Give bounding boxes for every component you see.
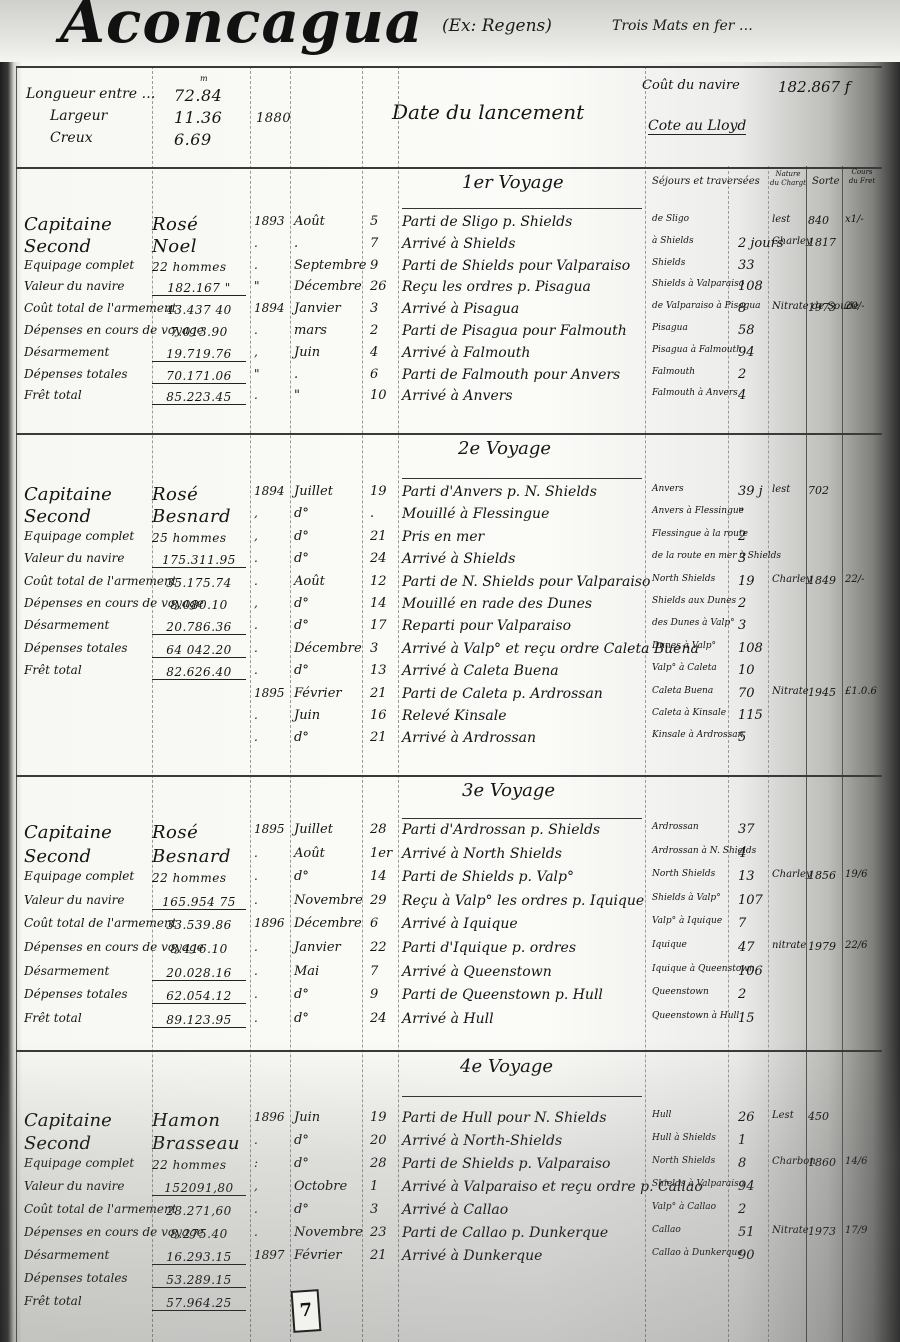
log-route: Valp° à Caleta	[652, 663, 717, 673]
log-day: 24	[370, 1011, 387, 1026]
log-month: Mai	[294, 964, 319, 979]
log-days: 90	[738, 1248, 755, 1263]
log-route: North Shields	[652, 869, 715, 879]
log-agent: Lest	[772, 1110, 794, 1121]
log-event: Reçu les ordres p. Pisagua	[402, 279, 591, 295]
log-day: 4	[370, 345, 378, 360]
log-event: Arrivé à Anvers	[402, 388, 513, 404]
log-route: North Shields	[652, 574, 715, 584]
log-route: Valp° à Iquique	[652, 916, 722, 926]
log-route: Callao	[652, 1225, 681, 1235]
log-month: Février	[294, 1248, 342, 1263]
log-month: Septembre	[294, 258, 366, 273]
log-day: 29	[370, 893, 387, 908]
summary-value: 57.964.25	[152, 1296, 246, 1311]
log-year: .	[254, 236, 258, 250]
log-month: d°	[294, 1011, 309, 1026]
log-event: Parti d'Ardrossan p. Shields	[402, 822, 600, 838]
log-entry-row: .d°20Arrivé à North-ShieldsHull à Shield…	[0, 1133, 900, 1155]
log-entry-row: .Décembre3Arrivé à Valp° et reçu ordre C…	[0, 641, 900, 663]
log-year: 1897	[254, 1248, 285, 1262]
launch-year: 1880	[256, 111, 291, 126]
log-month: Novembre	[294, 1225, 363, 1240]
log-year: .	[254, 987, 258, 1001]
log-entry-row: .mars2Parti de Pisagua pour FalmouthPisa…	[0, 323, 900, 345]
log-entry-row: ..7Arrivé à Shieldsà Shields2 joursCharl…	[0, 236, 900, 258]
log-day: 1	[370, 1179, 378, 1194]
log-day: 6	[370, 916, 378, 931]
log-month: d°	[294, 1133, 309, 1148]
log-event: Arrivé à Callao	[402, 1202, 508, 1218]
log-year: ,	[254, 596, 258, 610]
log-month: d°	[294, 1156, 309, 1171]
log-route: Shields aux Dunes	[652, 596, 736, 606]
voyage-title: 4e Voyage	[460, 1056, 553, 1077]
log-cargo: 1849	[808, 574, 836, 587]
log-event: Parti de Callao p. Dunkerque	[402, 1225, 608, 1241]
former-name: (Ex: Regens)	[442, 16, 552, 36]
log-freight: 20/-	[845, 301, 864, 312]
log-days: 3	[738, 551, 746, 566]
log-year: .	[254, 708, 258, 722]
voyage-title: 2e Voyage	[458, 438, 551, 459]
log-cargo: 1973	[808, 301, 836, 314]
log-month: Août	[294, 214, 325, 229]
log-event: Arrivé à Pisagua	[402, 301, 519, 317]
log-entry-row: .Août1erArrivé à North ShieldsArdrossan …	[0, 846, 900, 868]
log-freight: 17/9	[845, 1225, 867, 1236]
log-freight: 14/6	[845, 1156, 867, 1167]
log-entry-row: ."10Arrivé à AnversFalmouth à Anvers4	[0, 388, 900, 410]
log-event: Parti de Hull pour N. Shields	[402, 1110, 607, 1126]
rig-type: Trois Mats en fer …	[612, 18, 753, 34]
cost-value: 182.867 f	[778, 78, 850, 96]
log-days: 7	[738, 916, 746, 931]
log-month: Janvier	[294, 940, 341, 955]
voyage-title-rule	[402, 478, 642, 479]
log-year: .	[254, 1011, 258, 1025]
log-year: .	[254, 574, 258, 588]
log-days: 26	[738, 1110, 755, 1125]
log-days: 47	[738, 940, 755, 955]
spec-value: 6.69	[174, 130, 212, 149]
log-month: Décembre	[294, 279, 362, 294]
log-days: 58	[738, 323, 755, 338]
log-year: .	[254, 964, 258, 978]
launch-label: Date du lancement	[392, 100, 584, 124]
log-route: Ardrossan	[652, 822, 699, 832]
voyage-title: 3e Voyage	[462, 780, 555, 801]
log-route: Callao à Dunkerque	[652, 1248, 743, 1258]
log-route: de la route en mer à Shields	[652, 551, 781, 561]
log-days: 8	[738, 301, 746, 316]
log-month: Juillet	[294, 822, 333, 837]
log-event: Parti de Queenstown p. Hull	[402, 987, 603, 1003]
log-day: 3	[370, 1202, 378, 1217]
ledger-page: Aconcagua (Ex: Regens) Trois Mats en fer…	[0, 0, 900, 1342]
log-day: 14	[370, 869, 387, 884]
log-route: North Shields	[652, 1156, 715, 1166]
log-month: Juin	[294, 708, 320, 723]
log-days: 19	[738, 574, 755, 589]
log-route: Hull à Shields	[652, 1133, 716, 1143]
log-entry-row: .Août12Parti de N. Shields pour Valparai…	[0, 574, 900, 596]
log-month: .	[294, 236, 298, 251]
log-cargo: 1973	[808, 1225, 836, 1238]
log-event: Arrivé à North Shields	[402, 846, 562, 862]
log-entry-row: ,d°21Pris en merFlessingue à la route2	[0, 529, 900, 551]
log-entry-row: .Janvier22Parti d'Iquique p. ordresIquiq…	[0, 940, 900, 962]
log-year: 1896	[254, 916, 285, 930]
log-event: Parti d'Iquique p. ordres	[402, 940, 576, 956]
log-day: 10	[370, 388, 387, 403]
log-entry-row: .d°21Arrivé à ArdrossanKinsale à Ardross…	[0, 730, 900, 752]
cost-label: Coût du navire	[642, 78, 740, 93]
log-route: Falmouth à Anvers	[652, 388, 738, 398]
log-event: Pris en mer	[402, 529, 484, 545]
log-route: Valp° à Callao	[652, 1202, 716, 1212]
log-year: .	[254, 893, 258, 907]
log-entry-row: 1896Décembre6Arrivé à IquiqueValp° à Iqu…	[0, 916, 900, 938]
log-route: Caleta à Kinsale	[652, 708, 726, 718]
header-route: Séjours et traversées	[652, 176, 760, 187]
log-event: Parti de Pisagua pour Falmouth	[402, 323, 627, 339]
voyage-title-rule	[402, 818, 642, 819]
log-days: 13	[738, 869, 755, 884]
log-event: Arrivé à Shields	[402, 551, 515, 567]
log-day: 17	[370, 618, 387, 633]
spec-label: Largeur	[50, 108, 107, 124]
header-agent: Nature du Chargt	[770, 170, 806, 188]
log-agent: Charley	[772, 574, 812, 585]
log-route: Pisagua à Falmouth	[652, 345, 742, 355]
log-days: 37	[738, 822, 755, 837]
log-agent: nitrate	[772, 940, 806, 951]
log-day: 3	[370, 301, 378, 316]
log-entry-row: .d°3Arrivé à CallaoValp° à Callao2	[0, 1202, 900, 1224]
log-event: Reçu à Valp° les ordres p. Iquique	[402, 893, 644, 909]
section-divider	[16, 433, 882, 435]
log-entry-row: .d°14Parti de Shields p. Valp°North Shie…	[0, 869, 900, 891]
log-days: 4	[738, 388, 746, 403]
log-event: Parti de Shields p. Valp°	[402, 869, 574, 885]
log-day: 1er	[370, 846, 392, 861]
log-month: Novembre	[294, 893, 363, 908]
log-days: 33	[738, 258, 755, 273]
log-event: Arrivé à Iquique	[402, 916, 518, 932]
log-entry-row: .Novembre29Reçu à Valp° les ordres p. Iq…	[0, 893, 900, 915]
log-day: 12	[370, 574, 387, 589]
log-entry-row: .Juin16Relevé KinsaleCaleta à Kinsale115	[0, 708, 900, 730]
log-entry-row: .Novembre23Parti de Callao p. DunkerqueC…	[0, 1225, 900, 1247]
log-route: Queenstown	[652, 987, 709, 997]
log-year: .	[254, 1202, 258, 1216]
voyage-title-rule	[402, 1096, 642, 1097]
log-route: Queenstown à Hull	[652, 1011, 739, 1021]
log-entry-row: 1894Juillet19Parti d'Anvers p. N. Shield…	[0, 484, 900, 506]
log-days: 15	[738, 1011, 755, 1026]
log-day: 7	[370, 236, 378, 251]
log-year: .	[254, 869, 258, 883]
log-year: 1894	[254, 484, 285, 498]
log-days: "	[738, 506, 744, 521]
log-days: 8	[738, 1156, 746, 1171]
log-days: 1	[738, 1133, 746, 1148]
log-month: Juillet	[294, 484, 333, 499]
log-year: .	[254, 1133, 258, 1147]
log-days: 2	[738, 1202, 746, 1217]
log-route: des Dunes à Valp°	[652, 618, 735, 628]
log-event: Arrivé à Ardrossan	[402, 730, 536, 746]
log-year: "	[254, 367, 260, 381]
log-route: Pisagua	[652, 323, 688, 333]
log-event: Reparti pour Valparaiso	[402, 618, 571, 634]
log-day: 24	[370, 551, 387, 566]
log-event: Parti de N. Shields pour Valparaiso	[402, 574, 650, 590]
log-agent: lest	[772, 214, 790, 225]
log-month: Octobre	[294, 1179, 347, 1194]
log-cargo: 1856	[808, 869, 836, 882]
log-year: .	[254, 323, 258, 337]
log-entry-row: .d°24Arrivé à Shieldsde la route en mer …	[0, 551, 900, 573]
log-year: .	[254, 1225, 258, 1239]
log-month: Août	[294, 846, 325, 861]
log-agent: Charley	[772, 236, 812, 247]
log-days: 94	[738, 345, 755, 360]
log-day: 21	[370, 730, 387, 745]
log-agent: lest	[772, 484, 790, 495]
log-day: 19	[370, 1110, 387, 1125]
log-year: 1895	[254, 822, 285, 836]
log-year: ,	[254, 529, 258, 543]
log-year: .	[254, 551, 258, 565]
log-day: 26	[370, 279, 387, 294]
log-month: Juin	[294, 345, 320, 360]
log-event: Parti de Sligo p. Shields	[402, 214, 572, 230]
log-entry-row: .Septembre9Parti de Shields pour Valpara…	[0, 258, 900, 280]
log-event: Arrivé à Dunkerque	[402, 1248, 542, 1264]
log-route: de Sligo	[652, 214, 689, 224]
log-entry-row: 1897Février21Arrivé à DunkerqueCallao à …	[0, 1248, 900, 1270]
voyage-title-rule	[402, 208, 642, 209]
summary-value: 53.289.15	[152, 1273, 246, 1288]
log-cargo: 1817	[808, 236, 836, 249]
log-month: Août	[294, 574, 325, 589]
log-route: Dunes à Valp°	[652, 641, 716, 651]
log-entry-row: ,d°.Mouillé à FlessingueAnvers à Flessin…	[0, 506, 900, 528]
log-day: 9	[370, 987, 378, 1002]
log-days: 2	[738, 529, 746, 544]
ship-name: Aconcagua	[60, 0, 423, 56]
log-year: 1893	[254, 214, 285, 228]
log-entry-row: .d°24Arrivé à HullQueenstown à Hull15	[0, 1011, 900, 1033]
log-route: Shields à Valparaiso	[652, 1179, 744, 1189]
log-route: Caleta Buena	[652, 686, 713, 696]
log-entry-row: ,d°14Mouillé en rade des DunesShields au…	[0, 596, 900, 618]
log-year: ,	[254, 345, 258, 359]
log-day: 19	[370, 484, 387, 499]
log-route: Shields à Valparaiso	[652, 279, 744, 289]
log-day: 20	[370, 1133, 387, 1148]
log-days: 2	[738, 596, 746, 611]
log-route: Shields	[652, 258, 685, 268]
log-entry-row: 1895Juillet28Parti d'Ardrossan p. Shield…	[0, 822, 900, 844]
lloyd-label: Cote au Lloyd	[648, 118, 746, 135]
log-entry-row: .d°17Reparti pour Valparaisodes Dunes à …	[0, 618, 900, 640]
log-entry-row: 1895Février21Parti de Caleta p. Ardrossa…	[0, 686, 900, 708]
log-year: .	[254, 618, 258, 632]
log-event: Arrivé à Shields	[402, 236, 515, 252]
log-month: d°	[294, 730, 309, 745]
section-divider	[16, 1050, 882, 1052]
log-month: d°	[294, 551, 309, 566]
log-entry-row: 1896Juin19Parti de Hull pour N. ShieldsH…	[0, 1110, 900, 1132]
log-year: 1895	[254, 686, 285, 700]
log-event: Arrivé à Hull	[402, 1011, 494, 1027]
log-month: d°	[294, 506, 309, 521]
log-day: 28	[370, 1156, 387, 1171]
log-day: 21	[370, 1248, 387, 1263]
log-route: Anvers	[652, 484, 684, 494]
header-cargo: Sorte	[812, 176, 840, 187]
log-year: 1896	[254, 1110, 285, 1124]
log-month: d°	[294, 663, 309, 678]
log-entry-row: ,Octobre1Arrivé à Valparaiso et reçu ord…	[0, 1179, 900, 1201]
log-days: 10	[738, 663, 755, 678]
log-month: d°	[294, 529, 309, 544]
log-freight: 22/-	[845, 574, 864, 585]
log-day: 23	[370, 1225, 387, 1240]
log-day: 9	[370, 258, 378, 273]
log-agent: Charley	[772, 869, 812, 880]
log-route: Anvers à Flessingue	[652, 506, 744, 516]
log-event: Arrivé à North-Shields	[402, 1133, 562, 1149]
log-month: d°	[294, 987, 309, 1002]
log-days: 4	[738, 846, 746, 861]
log-event: Arrivé à Falmouth	[402, 345, 530, 361]
log-year: .	[254, 730, 258, 744]
log-year: .	[254, 258, 258, 272]
log-day: 3	[370, 641, 378, 656]
log-cargo: 450	[808, 1110, 829, 1123]
log-month: "	[294, 388, 300, 403]
log-event: Parti d'Anvers p. N. Shields	[402, 484, 597, 500]
log-day: 21	[370, 529, 387, 544]
log-month: d°	[294, 869, 309, 884]
log-cargo: 702	[808, 484, 829, 497]
log-day: 16	[370, 708, 387, 723]
log-entry-row: "Décembre26Reçu les ordres p. PisaguaShi…	[0, 279, 900, 301]
log-event: Parti de Caleta p. Ardrossan	[402, 686, 603, 702]
section-divider	[16, 167, 882, 169]
summary-label: Dépenses totales	[24, 1271, 128, 1285]
log-year: "	[254, 279, 260, 293]
log-entry-row: ,Juin4Arrivé à FalmouthPisagua à Falmout…	[0, 345, 900, 367]
log-entry-row: .d°13Arrivé à Caleta BuenaValp° à Caleta…	[0, 663, 900, 685]
log-year: :	[254, 1156, 258, 1170]
spec-unit: m	[200, 74, 208, 83]
log-year: .	[254, 663, 258, 677]
log-day: 14	[370, 596, 387, 611]
log-event: Parti de Shields p. Valparaiso	[402, 1156, 610, 1172]
log-entry-row: 1893Août5Parti de Sligo p. Shieldsde Sli…	[0, 214, 900, 236]
log-year: .	[254, 940, 258, 954]
log-days: 39 j	[738, 484, 763, 499]
log-event: Parti de Shields pour Valparaiso	[402, 258, 630, 274]
summary-label: Frêt total	[24, 1294, 82, 1308]
log-days: 115	[738, 708, 763, 723]
log-days: 2	[738, 987, 746, 1002]
log-day: 21	[370, 686, 387, 701]
log-day: 5	[370, 214, 378, 229]
log-day: 6	[370, 367, 378, 382]
log-event: Relevé Kinsale	[402, 708, 506, 724]
log-entry-row: 1894Janvier3Arrivé à Pisaguade Valparais…	[0, 301, 900, 323]
log-event: Arrivé à Queenstown	[402, 964, 552, 980]
voyage-title: 1er Voyage	[462, 172, 564, 193]
log-route: à Shields	[652, 236, 694, 246]
log-day: .	[370, 506, 374, 521]
log-days: 3	[738, 618, 746, 633]
section-divider	[16, 66, 882, 68]
log-day: 22	[370, 940, 387, 955]
log-route: Shields à Valp°	[652, 893, 721, 903]
log-route: Iquique	[652, 940, 687, 950]
log-days: 2	[738, 367, 746, 382]
log-year: ,	[254, 1179, 258, 1193]
log-month: Décembre	[294, 916, 362, 931]
log-days: 108	[738, 279, 763, 294]
log-agent: Nitrate	[772, 686, 809, 697]
log-entry-row: .Mai7Arrivé à QueenstownIquique à Queens…	[0, 964, 900, 986]
log-month: mars	[294, 323, 327, 338]
log-days: 107	[738, 893, 763, 908]
section-divider	[16, 775, 882, 777]
log-month: d°	[294, 1202, 309, 1217]
log-freight: 22/6	[845, 940, 867, 951]
log-month: Février	[294, 686, 342, 701]
log-route: Hull	[652, 1110, 671, 1120]
log-day: 7	[370, 964, 378, 979]
log-days: 108	[738, 641, 763, 656]
log-day: 28	[370, 822, 387, 837]
log-day: 13	[370, 663, 387, 678]
page-number-tag: 7	[291, 1289, 322, 1333]
log-event: Mouillé en rade des Dunes	[402, 596, 592, 612]
log-cargo: 840	[808, 214, 829, 227]
log-days: 70	[738, 686, 755, 701]
log-cargo: 1860	[808, 1156, 836, 1169]
log-month: d°	[294, 618, 309, 633]
log-event: Parti de Falmouth pour Anvers	[402, 367, 620, 383]
spec-label: Creux	[50, 130, 93, 146]
log-route: Flessingue à la route	[652, 529, 748, 539]
log-entry-row: :d°28Parti de Shields p. ValparaisoNorth…	[0, 1156, 900, 1178]
log-month: Décembre	[294, 641, 362, 656]
log-freight: £1.0.6	[845, 686, 877, 697]
spec-value: 72.84	[174, 86, 222, 105]
header-freight: Cours du Fret	[846, 168, 878, 186]
log-day: 2	[370, 323, 378, 338]
log-event: Mouillé à Flessingue	[402, 506, 549, 522]
log-month: .	[294, 367, 298, 382]
log-entry-row: .d°9Parti de Queenstown p. HullQueenstow…	[0, 987, 900, 1009]
log-entry-row: ".6Parti de Falmouth pour AnversFalmouth…	[0, 367, 900, 389]
log-year: .	[254, 846, 258, 860]
log-days: 106	[738, 964, 763, 979]
spec-label: Longueur entre …	[26, 86, 156, 102]
log-month: d°	[294, 596, 309, 611]
